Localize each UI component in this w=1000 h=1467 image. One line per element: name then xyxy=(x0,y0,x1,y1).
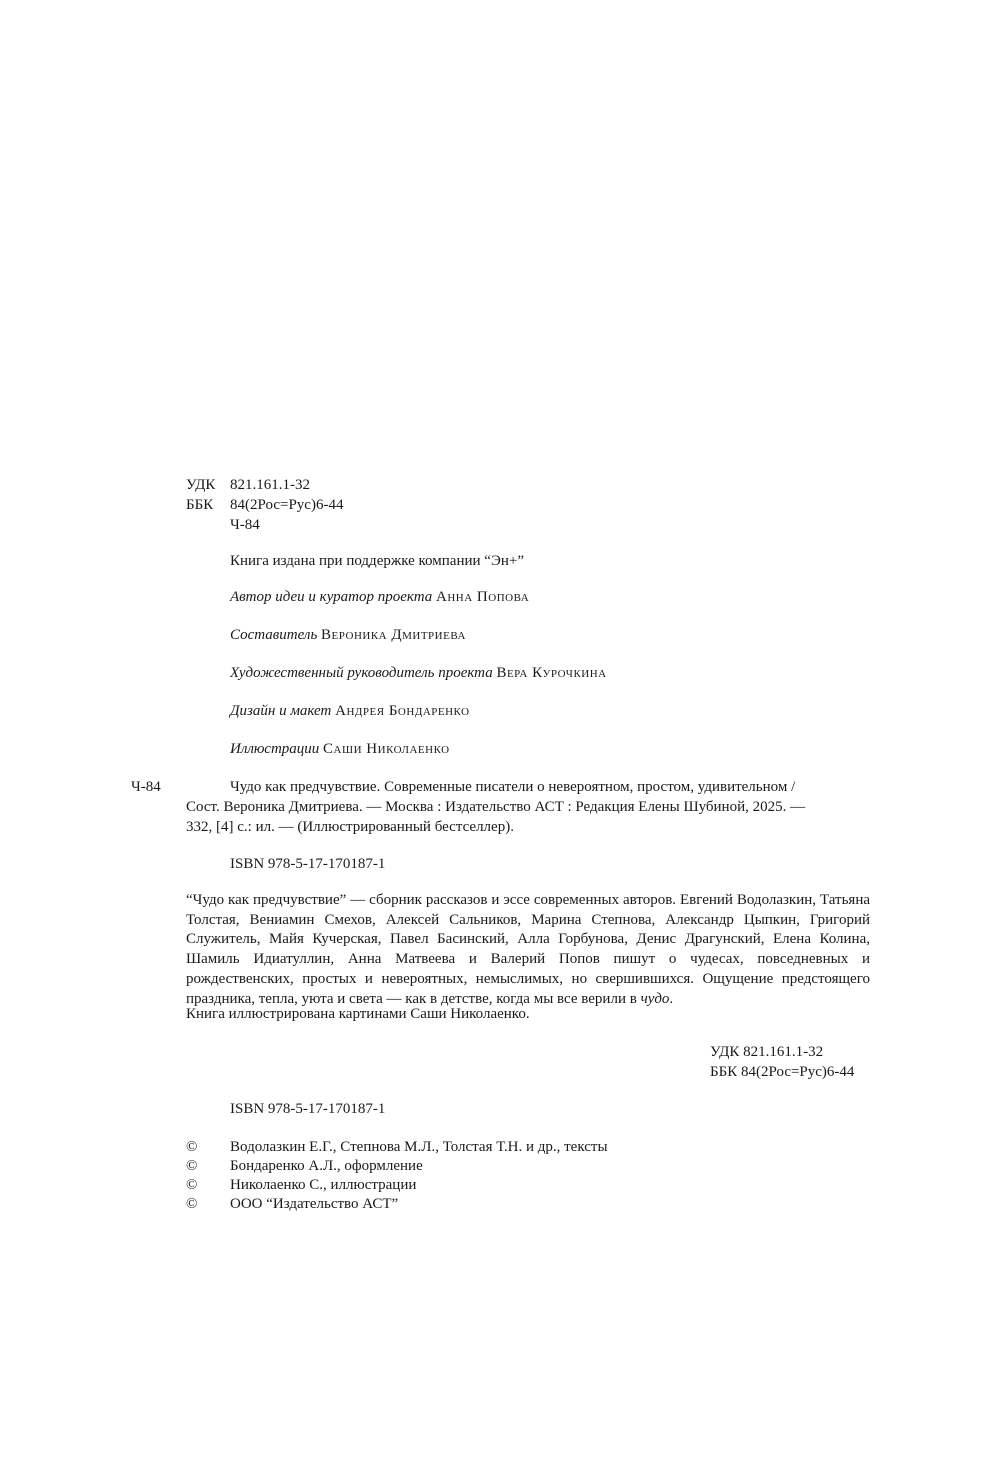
bibliographic-line-1: Чудо как предчувствие. Современные писат… xyxy=(230,778,795,797)
bibliographic-line-3: 332, [4] с.: ил. — (Иллюстрированный бес… xyxy=(186,818,514,837)
udk-value: 821.161.1-32 xyxy=(230,477,310,493)
support-note: Книга издана при поддержке компании “Эн+… xyxy=(230,552,524,571)
bibliographic-line-2: Сост. Вероника Дмитриева. — Москва : Изд… xyxy=(186,798,805,817)
isbn: ISBN 978-5-17-170187-1 xyxy=(230,855,385,874)
copyright-symbol: © xyxy=(186,1138,197,1157)
udk-right: УДК 821.161.1-32 xyxy=(710,1043,823,1062)
credit-name: Вероника Дмитриева xyxy=(321,627,466,643)
credit-role: Иллюстрации xyxy=(230,741,319,757)
copyright-design: Бондаренко А.Л., оформление xyxy=(230,1157,423,1176)
isbn-bottom: ISBN 978-5-17-170187-1 xyxy=(230,1100,385,1119)
bibliographic-mark: Ч-84 xyxy=(131,778,161,797)
bbk-value: 84(2Рос=Рус)6-44 xyxy=(230,497,343,513)
copyright-publisher: ООО “Издательство АСТ” xyxy=(230,1195,398,1214)
credit-name: Анна Попова xyxy=(436,589,529,605)
annotation-italic-word: чудо xyxy=(641,991,670,1007)
credit-illustrations: Иллюстрации Саши Николаенко xyxy=(230,740,450,759)
credit-name: Вера Курочкина xyxy=(496,665,606,681)
annotation: “Чудо как предчувствие” — сборник расска… xyxy=(186,891,870,1009)
copyright-illustrations: Николаенко С., иллюстрации xyxy=(230,1176,416,1195)
credit-curator: Автор идеи и куратор проекта Анна Попова xyxy=(230,588,529,607)
copyright-symbol: © xyxy=(186,1176,197,1195)
credit-compiler: Составитель Вероника Дмитриева xyxy=(230,626,466,645)
annotation-tail: . xyxy=(669,991,673,1007)
author-mark: Ч-84 xyxy=(230,516,260,535)
credit-design: Дизайн и макет Андрея Бондаренко xyxy=(230,702,470,721)
copyright-symbol: © xyxy=(186,1195,197,1214)
annotation-last-line: Книга иллюстрирована картинами Саши Нико… xyxy=(186,1005,530,1024)
annotation-text: “Чудо как предчувствие” — сборник расска… xyxy=(186,892,870,1007)
bbk-right: ББК 84(2Рос=Рус)6-44 xyxy=(710,1063,854,1082)
credit-role: Дизайн и макет xyxy=(230,703,331,719)
copyright-symbol: © xyxy=(186,1157,197,1176)
credit-art-director: Художественный руководитель проекта Вера… xyxy=(230,664,607,683)
credit-name: Саши Николаенко xyxy=(323,741,450,757)
udk-row: УДК821.161.1-32 xyxy=(186,476,310,495)
credit-name: Андрея Бондаренко xyxy=(335,703,469,719)
bbk-row: ББК84(2Рос=Рус)6-44 xyxy=(186,496,343,515)
credit-role: Автор идеи и куратор проекта xyxy=(230,589,432,605)
credit-role: Художественный руководитель проекта xyxy=(230,665,493,681)
copyright-texts: Водолазкин Е.Г., Степнова М.Л., Толстая … xyxy=(230,1138,608,1157)
bbk-label: ББК xyxy=(186,496,230,515)
udk-label: УДК xyxy=(186,476,230,495)
credit-role: Составитель xyxy=(230,627,317,643)
